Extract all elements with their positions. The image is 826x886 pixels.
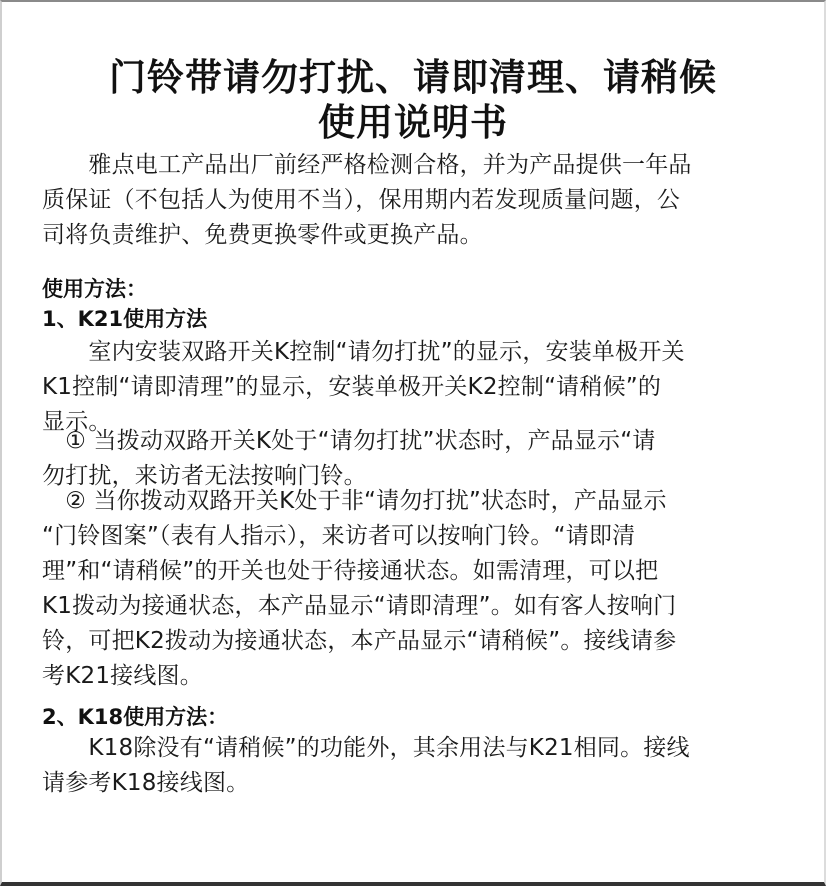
section-1-item-2: ② 当你拨动双路开关K处于非“请勿打扰”状态时，产品显示 “门铃图案”（表有人指… (42, 484, 792, 694)
intro-line: 司将负责维护、免费更换零件或更换产品。 (42, 218, 792, 253)
intro-line: 雅点电工产品出厂前经严格检测合格，并为产品提供一年品 (42, 148, 792, 183)
instruction-page: 门铃带请勿打扰、请即清理、请稍候 使用说明书 雅点电工产品出厂前经严格检测合格，… (0, 0, 826, 886)
section-1-heading: 1、K21使用方法 (42, 304, 207, 334)
intro-paragraph: 雅点电工产品出厂前经严格检测合格，并为产品提供一年品 质保证（不包括人为使用不当… (42, 148, 792, 253)
paragraph-line: 理”和“请稍候”的开关也处于待接通状态。如需清理，可以把 (42, 554, 792, 589)
document-title-line-1: 门铃带请勿打扰、请即清理、请稍候 (2, 58, 824, 98)
usage-heading: 使用方法： (42, 274, 147, 304)
paragraph-line: 考K21接线图。 (42, 659, 792, 694)
paragraph-line: K18除没有“请稍候”的功能外，其余用法与K21相同。接线 (42, 731, 792, 766)
document-title-line-2: 使用说明书 (2, 103, 824, 143)
paragraph-line: ① 当拨动双路开关K处于“请勿打扰”状态时，产品显示“请 (42, 424, 792, 459)
paragraph-line: K1控制“请即清理”的显示，安装单极开关K2控制“请稍候”的 (42, 370, 792, 405)
section-2-paragraph: K18除没有“请稍候”的功能外，其余用法与K21相同。接线 请参考K18接线图。 (42, 731, 792, 801)
intro-line: 质保证（不包括人为使用不当），保用期内若发现质量问题，公 (42, 183, 792, 218)
paragraph-line: 铃，可把K2拨动为接通状态，本产品显示“请稍候”。接线请参 (42, 624, 792, 659)
paragraph-line: K1拨动为接通状态，本产品显示“请即清理”。如有客人按响门 (42, 589, 792, 624)
paragraph-line: “门铃图案”（表有人指示），来访者可以按响门铃。“请即清 (42, 519, 792, 554)
section-2-heading: 2、K18使用方法： (42, 702, 228, 732)
paragraph-line: ② 当你拨动双路开关K处于非“请勿打扰”状态时，产品显示 (42, 484, 792, 519)
paragraph-line: 请参考K18接线图。 (42, 766, 792, 801)
paragraph-line: 室内安装双路开关K控制“请勿打扰”的显示，安装单极开关 (42, 335, 792, 370)
